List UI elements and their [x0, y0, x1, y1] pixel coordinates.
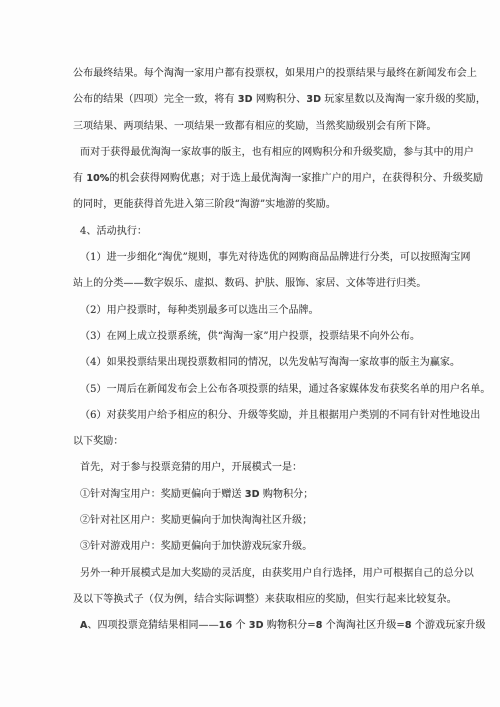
- document-content: 公布最终结果。每个淘淘一家用户都有投票权，如果用户的投票结果与最终在新闻发布会上…: [73, 61, 456, 640]
- text-segment: 公布的结果（四项）完全一致，将有: [73, 94, 238, 105]
- bold-text-segment: 3D: [249, 620, 264, 631]
- text-line: 首先，对于参与投票竞猜的用户，开展模式一是：: [73, 455, 456, 481]
- text-segment: 网购积分、: [253, 94, 307, 105]
- text-segment: 购物积分；: [260, 489, 314, 500]
- text-line: 以下奖励：: [73, 429, 456, 455]
- text-segment: （2）用户投票时，每种类别最多可以选出三个品牌。: [80, 305, 319, 316]
- text-line: （4）如果投票结果出现投票数相同的情况，以先发帖写淘淘一家故事的版主为赢家。: [73, 350, 456, 376]
- text-line: ③针对游戏用户：奖励更偏向于加快游戏玩家升级。: [73, 534, 456, 560]
- text-line: 的同时，更能获得首先进入第三阶段“淘游”实地游的奖励。: [73, 192, 456, 218]
- text-segment: 另外一种开展模式是加大奖励的灵活度，由获奖用户自行选择，用户可根据自己的总分以: [80, 568, 474, 579]
- text-line: （2）用户投票时，每种类别最多可以选出三个品牌。: [73, 298, 456, 324]
- text-line: 站上的分类——数字娱乐、虚拟、数码、护肤、服饰、家居、文体等进行归类。: [73, 271, 456, 297]
- bold-text-segment: 16: [219, 620, 232, 631]
- text-line: （6）对获奖用户给予相应的积分、升级等奖励，并且根据用户类别的不同有针对性地设出: [73, 403, 456, 429]
- bold-text-segment: 3D: [245, 489, 260, 500]
- text-line: ①针对淘宝用户：奖励更偏向于赠送 3D 购物积分；: [73, 482, 456, 508]
- text-segment: 玩家星数以及淘淘一家升级的奖励，: [321, 94, 486, 105]
- text-line: 4、活动执行：: [73, 219, 456, 245]
- text-segment: （6）对获奖用户给予相应的积分、升级等奖励，并且根据用户类别的不同有针对性地设出: [80, 410, 480, 421]
- text-segment: 有: [73, 173, 86, 184]
- text-segment: （5）一周后在新闻发布会上公布各项投票的结果，通过各家媒体发布获奖名单的用户名单…: [80, 384, 490, 395]
- text-segment: ③针对游戏用户：奖励更偏向于加快游戏玩家升级。: [80, 541, 312, 552]
- text-segment: （3）在网上成立投票系统，供“淘淘一家”用户投票，投票结果不向外公布。: [80, 331, 420, 342]
- text-segment: 公布最终结果。每个淘淘一家用户都有投票权，如果用户的投票结果与最终在新闻发布会上: [73, 68, 477, 79]
- text-segment: 个: [232, 620, 249, 631]
- text-line: （5）一周后在新闻发布会上公布各项投票的结果，通过各家媒体发布获奖名单的用户名单…: [73, 377, 456, 403]
- bold-text-segment: 10%: [86, 173, 109, 184]
- text-line: （1）进一步细化“淘优”规则，事先对待选优的网购商品品牌进行分类，可以按照淘宝网: [73, 245, 456, 271]
- document-page: 公布最终结果。每个淘淘一家用户都有投票权，如果用户的投票结果与最终在新闻发布会上…: [0, 0, 500, 707]
- text-segment: ②针对社区用户：奖励更偏向于加快淘淘社区升级；: [80, 515, 312, 526]
- text-segment: 个游戏玩家升级: [412, 620, 486, 631]
- text-segment: 、四项投票竞猜结果相同——: [87, 620, 218, 631]
- text-segment: （1）进一步细化“淘优”规则，事先对待选优的网购商品品牌进行分类，可以按照淘宝网: [80, 252, 471, 263]
- text-line: 有 10%的机会获得网购优惠；对于选上最优淘淘一家推广户的用户，在获得积分、升级…: [73, 166, 456, 192]
- text-segment: 及以下等换式子（仅为例，结合实际调整）来获取相应的奖励，但实行起来比较复杂。: [73, 594, 457, 605]
- text-segment: 购物积分=: [264, 620, 316, 631]
- text-segment: 4、活动执行：: [80, 226, 147, 237]
- text-segment: 首先，对于参与投票竞猜的用户，开展模式一是：: [80, 462, 302, 473]
- bold-text-segment: 3D: [306, 94, 321, 105]
- text-segment: 的机会获得网购优惠；对于选上最优淘淘一家推广户的用户，在获得积分、升级奖励: [109, 173, 483, 184]
- bold-text-segment: 3D: [238, 94, 253, 105]
- text-line: 及以下等换式子（仅为例，结合实际调整）来获取相应的奖励，但实行起来比较复杂。: [73, 587, 456, 613]
- text-line: 公布的结果（四项）完全一致，将有 3D 网购积分、3D 玩家星数以及淘淘一家升级…: [73, 87, 456, 113]
- text-line: ②针对社区用户：奖励更偏向于加快淘淘社区升级；: [73, 508, 456, 534]
- text-line: 公布最终结果。每个淘淘一家用户都有投票权，如果用户的投票结果与最终在新闻发布会上: [73, 61, 456, 87]
- text-segment: 站上的分类——数字娱乐、虚拟、数码、护肤、服饰、家居、文体等进行归类。: [73, 278, 427, 289]
- text-segment: ①针对淘宝用户：奖励更偏向于赠送: [80, 489, 245, 500]
- text-line: （3）在网上成立投票系统，供“淘淘一家”用户投票，投票结果不向外公布。: [73, 324, 456, 350]
- text-segment: 而对于获得最优淘淘一家故事的版主，也有相应的网购积分和升级奖励，参与其中的用户: [80, 147, 474, 158]
- text-line: A、四项投票竞猜结果相同——16 个 3D 购物积分=8 个淘淘社区升级=8 个…: [73, 613, 456, 639]
- text-line: 另外一种开展模式是加大奖励的灵活度，由获奖用户自行选择，用户可根据自己的总分以: [73, 561, 456, 587]
- text-segment: 三项结果、两项结果、一项结果一致都有相应的奖励，当然奖励级别会有所下降。: [73, 121, 437, 132]
- text-line: 三项结果、两项结果、一项结果一致都有相应的奖励，当然奖励级别会有所下降。: [73, 114, 456, 140]
- text-segment: 以下奖励：: [73, 436, 124, 447]
- text-segment: （4）如果投票结果出现投票数相同的情况，以先发帖写淘淘一家故事的版主为赢家。: [80, 357, 460, 368]
- text-segment: 的同时，更能获得首先进入第三阶段“淘游”实地游的奖励。: [73, 199, 336, 210]
- text-line: 而对于获得最优淘淘一家故事的版主，也有相应的网购积分和升级奖励，参与其中的用户: [73, 140, 456, 166]
- bold-text-segment: 8: [405, 620, 412, 631]
- text-segment: 个淘淘社区升级=: [322, 620, 404, 631]
